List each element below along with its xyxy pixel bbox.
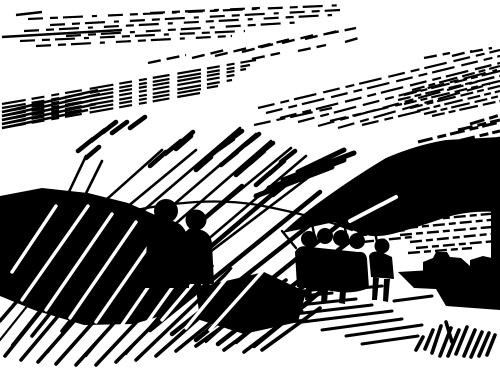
soldier-head-2 <box>317 228 333 244</box>
sky-band-top <box>20 5 345 46</box>
figure-left-head <box>154 199 178 223</box>
dark-block-lower-right <box>436 285 500 310</box>
lone-soldier <box>369 239 394 303</box>
lone-soldier-body <box>369 252 394 280</box>
sky-band-left <box>2 60 256 128</box>
figure-right-head <box>186 210 207 231</box>
soldier-bodies <box>295 246 369 292</box>
illustration-page <box>0 0 500 372</box>
right-edge-column <box>491 146 500 310</box>
sky-hatching <box>2 5 500 152</box>
soldier-head-4 <box>349 233 365 249</box>
grass-tuft-bottom-right <box>416 322 495 357</box>
figure-pair <box>145 199 214 288</box>
illustration-canvas <box>0 0 500 372</box>
ink-illustration <box>0 0 500 372</box>
sky-band-mid-dashes <box>148 28 492 63</box>
figure-right-body <box>178 229 214 284</box>
lone-soldier-legs <box>372 277 390 302</box>
